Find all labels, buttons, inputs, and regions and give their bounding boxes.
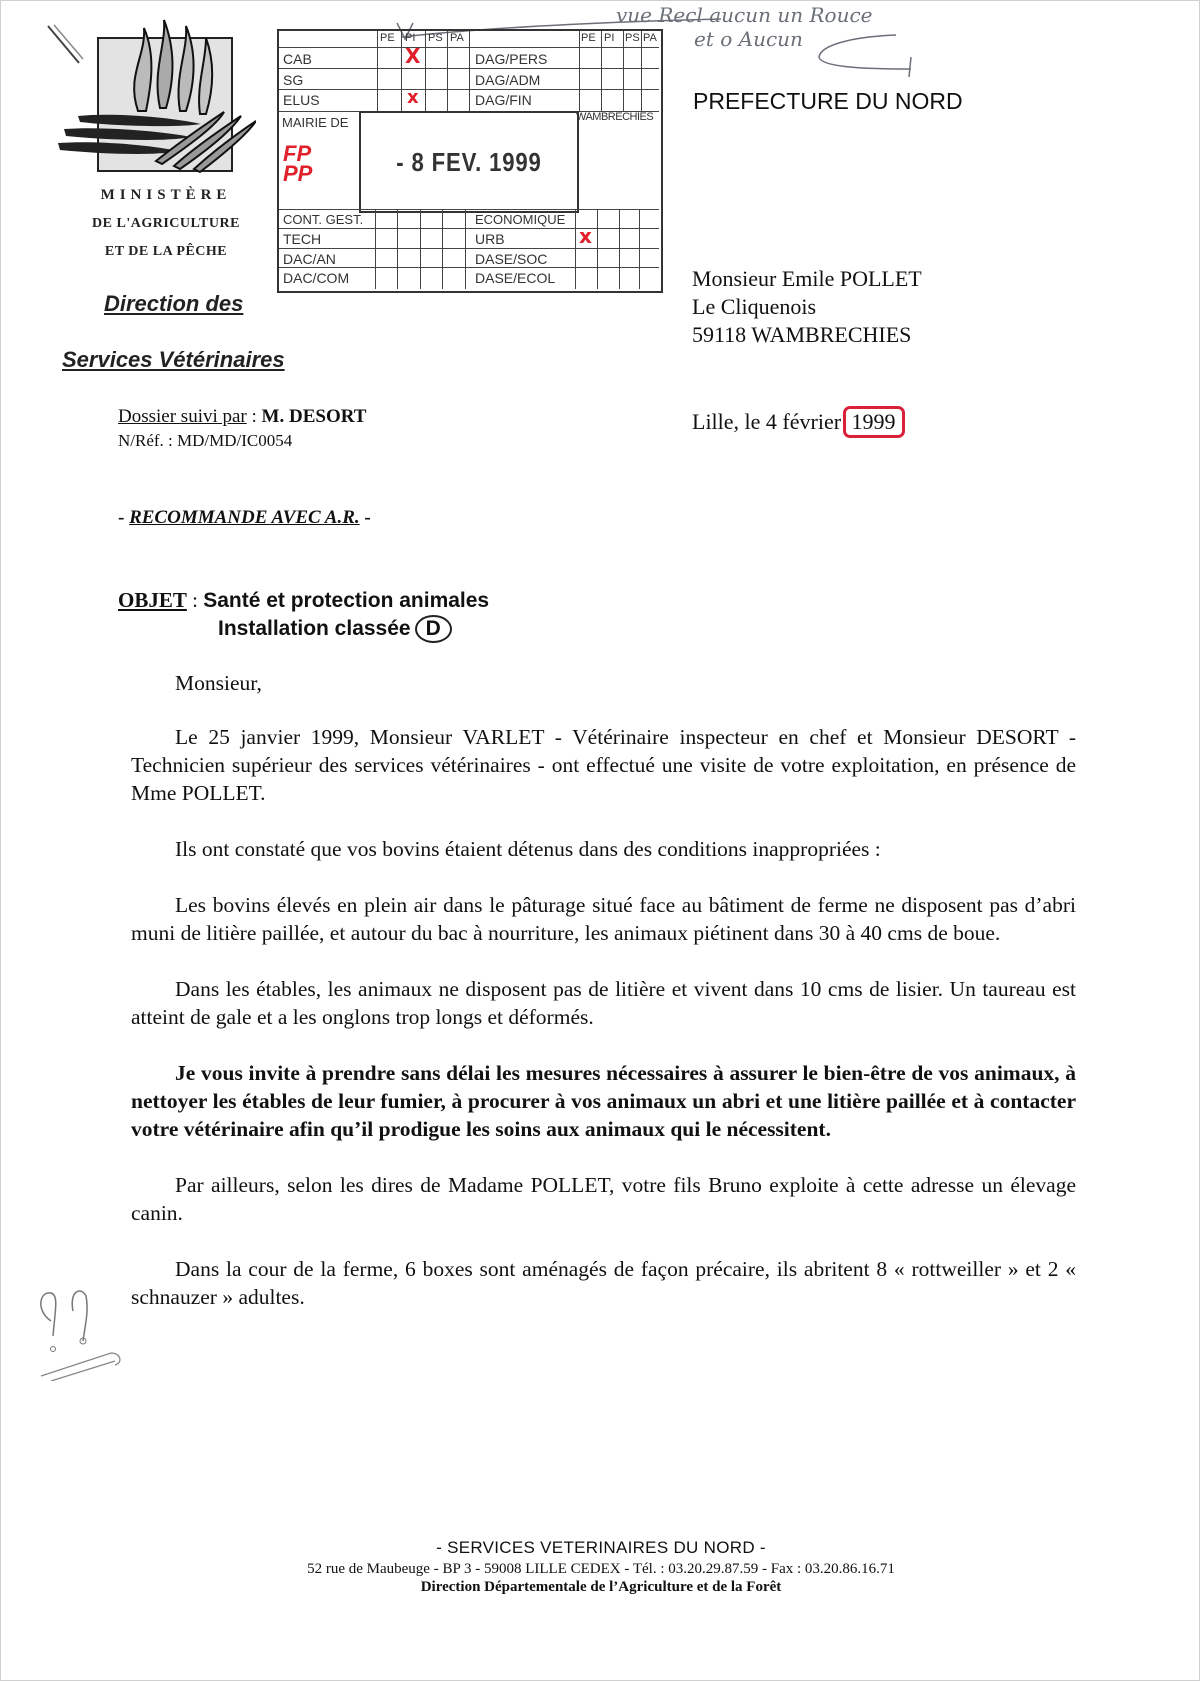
- column-header-pa-right: PA: [643, 32, 657, 44]
- stamp-row-dac-an: DAC/AN: [283, 250, 336, 268]
- body-paragraph: Dans les étables, les animaux ne dispose…: [131, 975, 1076, 1031]
- subject-line-1: OBJET : Santé et protection animales: [118, 588, 489, 613]
- stamp-row-dag-fin: DAG/FIN: [475, 91, 532, 109]
- letter-date: Lille, le 4 février 1999: [692, 406, 905, 438]
- margin-question-marks-icon: [31, 1281, 121, 1381]
- body-paragraph: Le 25 janvier 1999, Monsieur VARLET - Vé…: [131, 723, 1076, 807]
- subject-text-2: Installation classée: [218, 617, 411, 640]
- mailing-mode: - RECOMMANDE AVEC A.R. -: [118, 507, 371, 529]
- column-header-ps-right: PS: [625, 32, 640, 44]
- stamp-row-elus: ELUS: [283, 91, 320, 109]
- stamp-row-sg: SG: [283, 71, 303, 89]
- routing-stamp: PE PI PS PA PE PI PS PA CAB SG ELUS DAG/…: [277, 29, 663, 293]
- ministry-line-3: ET DE LA PÊCHE: [71, 244, 261, 260]
- footer-department: Direction Départementale de l’Agricultur…: [1, 1579, 1200, 1596]
- check-mark-elus-pi: x: [407, 89, 419, 107]
- check-mark-cab-pi: X: [405, 47, 420, 65]
- column-header-pe: PE: [380, 32, 395, 44]
- stamp-row-economique: ECONOMIQUE: [475, 211, 565, 229]
- body-paragraph: Ils ont constaté que vos bovins étaient …: [131, 835, 1076, 863]
- dossier-line: Dossier suivi par : M. DESORT: [118, 406, 366, 428]
- recipient-address: Monsieur Emile POLLET Le Cliquenois 5911…: [692, 265, 922, 349]
- recipient-city: 59118 WAMBRECHIES: [692, 321, 922, 349]
- letter-body: Monsieur, Le 25 janvier 1999, Monsieur V…: [131, 669, 1076, 1339]
- subject-label: OBJET: [118, 588, 187, 612]
- subject-line-2: Installation classéeD: [218, 615, 452, 643]
- received-date-box: - 8 FEV. 1999: [359, 111, 579, 213]
- column-header-pi-right: PI: [604, 32, 614, 44]
- recipient-name: Monsieur Emile POLLET: [692, 265, 922, 293]
- column-header-pa: PA: [450, 32, 464, 44]
- stamp-row-urb: URB: [475, 230, 505, 248]
- stamp-row-dase-ecol: DASE/ECOL: [475, 269, 555, 287]
- handwritten-initials: FP PP: [283, 144, 312, 184]
- ministry-line-2: DE L'AGRICULTURE: [71, 216, 261, 232]
- body-paragraphs: Le 25 janvier 1999, Monsieur VARLET - Vé…: [131, 723, 1076, 1311]
- column-header-pe-right: PE: [581, 32, 596, 44]
- direction-line-1: Direction des: [104, 291, 243, 317]
- letter-footer: - SERVICES VETERINAIRES DU NORD - 52 rue…: [1, 1538, 1200, 1596]
- ministry-line-1: MINISTÈRE: [71, 187, 261, 204]
- body-paragraph: Les bovins élevés en plein air dans le p…: [131, 891, 1076, 947]
- stamp-commune: WAMBRECHIES: [576, 111, 653, 123]
- footer-service: - SERVICES VETERINAIRES DU NORD -: [1, 1538, 1200, 1558]
- initials-line-2: PP: [283, 164, 312, 184]
- body-paragraph: Dans la cour de la ferme, 6 boxes sont a…: [131, 1255, 1076, 1311]
- ministry-name: MINISTÈRE DE L'AGRICULTURE ET DE LA PÊCH…: [71, 187, 261, 260]
- check-mark-urb-pe: x: [579, 227, 592, 245]
- dossier-label: Dossier suivi par: [118, 406, 247, 427]
- mailing-mode-text: RECOMMANDE AVEC A.R.: [129, 507, 360, 528]
- stamp-row-dag-adm: DAG/ADM: [475, 71, 540, 89]
- date-prefix: Lille, le 4 février: [692, 409, 841, 434]
- stamp-row-tech: TECH: [283, 230, 321, 248]
- direction-line-2: Services Vétérinaires: [62, 347, 285, 373]
- reference-line: N/Réf. : MD/MD/IC0054: [118, 431, 292, 451]
- stamp-mairie-label: MAIRIE DE: [282, 114, 348, 132]
- stamp-row-cont-gest: CONT. GEST.: [283, 211, 363, 229]
- salutation: Monsieur,: [131, 669, 1076, 697]
- handwritten-note-line-1: vue Recl aucun un Rouce: [616, 3, 872, 27]
- circled-letter: D: [415, 615, 452, 643]
- dossier-value: M. DESORT: [262, 406, 367, 427]
- stamp-row-dag-pers: DAG/PERS: [475, 50, 547, 68]
- stamp-row-dac-com: DAC/COM: [283, 269, 349, 287]
- column-header-pi: PI: [405, 32, 415, 44]
- handwritten-note-line-2: et o Aucun: [694, 27, 803, 51]
- letter-page: MINISTÈRE DE L'AGRICULTURE ET DE LA PÊCH…: [0, 0, 1200, 1681]
- date-year-highlight: 1999: [843, 406, 905, 438]
- received-date: - 8 FEV. 1999: [377, 147, 561, 178]
- subject-text-1: Santé et protection animales: [203, 589, 489, 612]
- ministry-logo-icon: [56, 16, 256, 176]
- column-header-ps: PS: [428, 32, 443, 44]
- stamp-row-dase-soc: DASE/SOC: [475, 250, 547, 268]
- prefecture-heading: PREFECTURE DU NORD: [693, 88, 963, 115]
- stamp-row-cab: CAB: [283, 50, 312, 68]
- body-paragraph: Par ailleurs, selon les dires de Madame …: [131, 1171, 1076, 1227]
- body-paragraph: Je vous invite à prendre sans délai les …: [131, 1059, 1076, 1143]
- recipient-street: Le Cliquenois: [692, 293, 922, 321]
- footer-address: 52 rue de Maubeuge - BP 3 - 59008 LILLE …: [1, 1561, 1200, 1578]
